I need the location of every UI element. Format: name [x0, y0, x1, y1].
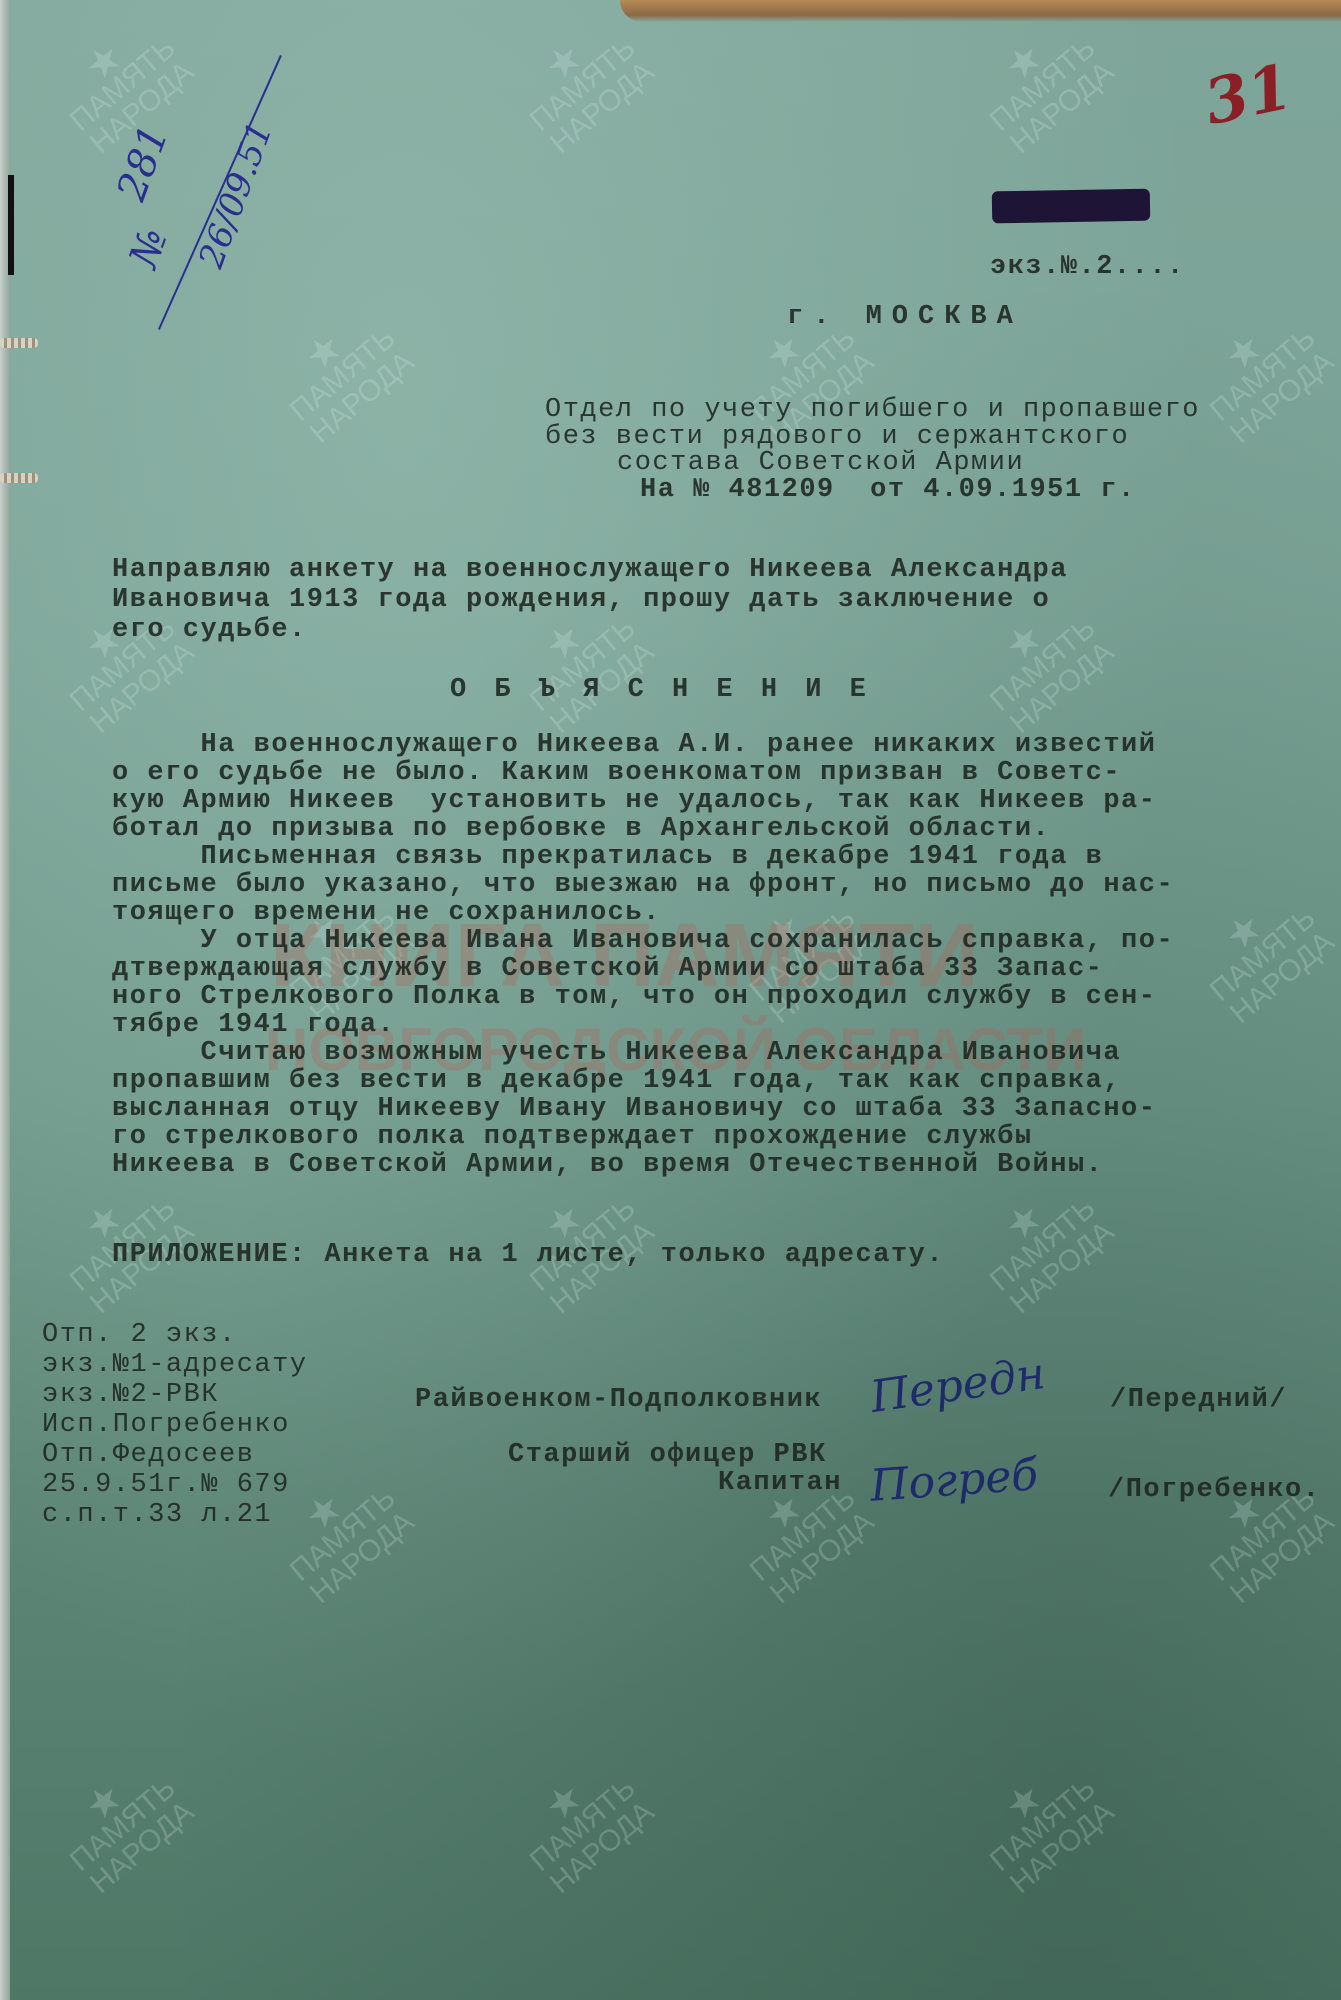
reference-number: На № 481209 от 4.09.1951 г. [640, 475, 1136, 505]
redaction-block [992, 189, 1151, 224]
addressee-line: состава Советской Армии [617, 448, 1024, 478]
body-line: У отца Никеева Ивана Ивановича сохранила… [112, 926, 1174, 956]
body-line: Считаю возможным учесть Никеева Александ… [112, 1038, 1121, 1068]
distribution-line: Отп. 2 экз. [42, 1320, 237, 1350]
copy-label: экз.№.2.... [990, 252, 1185, 282]
distribution-line: с.п.т.33 л.21 [42, 1500, 272, 1530]
distribution-line: Исп.Погребенко [42, 1410, 290, 1440]
intro-line: Направляю анкету на военнослужащего Нике… [112, 555, 1068, 585]
binding-edge [0, 0, 10, 2000]
archival-document-page: ★ПАМЯТЬ НАРОДА★ПАМЯТЬ НАРОДА★ПАМЯТЬ НАРО… [0, 0, 1341, 2000]
binding-thread [0, 473, 38, 483]
addressee-line: Отдел по учету погибшего и пропавшего [545, 395, 1200, 425]
attachment-note: ПРИЛОЖЕНИЕ: Анкета на 1 листе, только ад… [112, 1240, 944, 1270]
body-line: тоящего времени не сохранилось. [112, 898, 661, 928]
body-line: письме было указано, что выезжаю на фрон… [112, 870, 1174, 900]
body-line: кую Армию Никеев установить не удалось, … [112, 786, 1156, 816]
signatory-name: /Погребенко. [1108, 1475, 1320, 1505]
binding-thread [0, 338, 38, 348]
folder-strip [620, 0, 1341, 22]
signatory-title: Старший офицер РВК [508, 1440, 827, 1470]
signatory-title: Райвоенком-Подполковник [415, 1385, 822, 1415]
document-heading: О Б Ъ Я С Н Е Н И Е [450, 675, 872, 705]
body-line: Письменная связь прекратилась в декабре … [112, 842, 1103, 872]
body-line: дтверждающая службу в Советской Армии со… [112, 954, 1103, 984]
intro-line: его судьбе. [112, 615, 307, 645]
body-line: ботал до призыва по вербовке в Архангель… [112, 814, 1050, 844]
body-line: о его судьбе не было. Каким военкоматом … [112, 758, 1121, 788]
body-line: Никеева в Советской Армии, во время Отеч… [112, 1150, 1103, 1180]
distribution-line: экз.№1-адресату [42, 1350, 308, 1380]
intro-line: Ивановича 1913 года рождения, прошу дать… [112, 585, 1050, 615]
body-line: пропавшим без вести в декабре 1941 года,… [112, 1066, 1121, 1096]
binding-mark [8, 175, 14, 275]
signatory-name: /Передний/ [1110, 1385, 1287, 1415]
body-line: На военнослужащего Никеева А.И. ранее ни… [112, 730, 1156, 760]
body-line: ного Стрелкового Полка в том, что он про… [112, 982, 1156, 1012]
signatory-rank: Капитан [718, 1468, 842, 1498]
distribution-line: 25.9.51г.№ 679 [42, 1470, 290, 1500]
distribution-line: экз.№2-РВК [42, 1380, 219, 1410]
body-line: тябре 1941 года. [112, 1010, 395, 1040]
body-line: го стрелкового полка подтверждает прохож… [112, 1122, 1033, 1152]
body-line: высланная отцу Никееву Ивану Ивановичу с… [112, 1094, 1156, 1124]
city: г. МОСКВА [787, 302, 1023, 332]
distribution-line: Отп.Федосеев [42, 1440, 254, 1470]
